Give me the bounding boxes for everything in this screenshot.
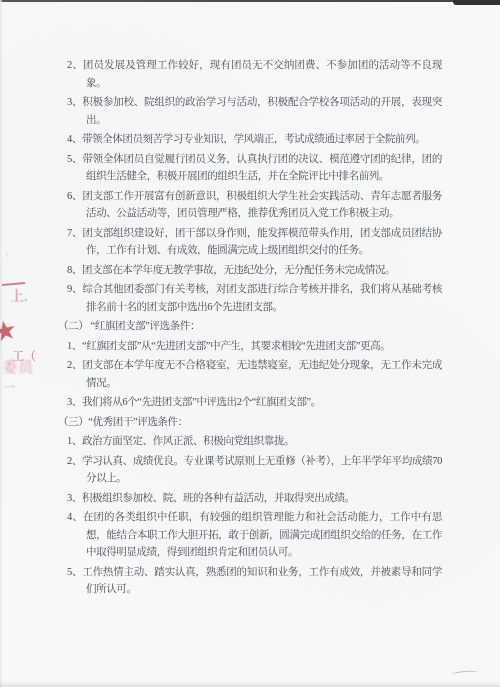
list-item: 2、团支部在本学年度无不合格寝室，无违禁寝室，无违纪处分现象，无工作未完成情况。	[67, 357, 442, 392]
item-text: 学习认真、成绩优良。专业课考试原则上无重修（补考），上年半学年平均成绩70分以上…	[82, 456, 442, 485]
item-number: 7、	[67, 228, 82, 239]
item-text: 在团的各类组织中任职，有较强的组织管理能力和社会活动能力，工作中有思想，能结合本…	[83, 512, 442, 558]
pencil-smudge	[452, 670, 478, 677]
item-text: 团支部在本学年度无教学事故，无违纪处分，无分配任务未完成情况。	[82, 265, 395, 276]
item-number: 2、	[67, 60, 83, 71]
list-item: 1、“红旗团支部”从“先进团支部”中产生，其要求相较“先进团支部”更高。	[67, 338, 442, 356]
list-item: 3、积极组织参加校、院、班的各种有益活动，并取得突出成绩。	[67, 490, 442, 508]
item-number: 5、	[67, 154, 82, 165]
item-number: 2、	[67, 360, 82, 371]
item-text: 积极组织参加校、院、班的各种有益活动，并取得突出成绩。	[82, 493, 355, 504]
item-text: 带领全体团员刻苦学习专业知识，学风端正，考试成绩通过率居于全院前列。	[82, 134, 425, 145]
list-item: 5、工作热情主动、踏实认真，熟悉团的知识和业务，工作有成效，并被素导和同学们所认…	[67, 564, 442, 599]
item-number: 1、	[67, 341, 82, 352]
item-text: 工作热情主动、踏实认真，熟悉团的知识和业务，工作有成效，并被素导和同学们所认可。	[82, 567, 442, 596]
scanned-document-page: 2、团员发展及管理工作较好，现有团员无不交纳团费、不参加团的活动等不良现象。 3…	[0, 0, 500, 687]
document-body: 2、团员发展及管理工作较好，现有团员无不交纳团费、不参加团的活动等不良现象。 3…	[0, 0, 500, 601]
list-item: 7、团支部组织建设好，团干部以身作则，能发挥模范带头作用，团支部成员团结协作，工…	[67, 225, 442, 260]
list-item: 2、学习认真、成绩优良。专业课考试原则上无重修（补考），上年半学年平均成绩70分…	[67, 453, 442, 488]
list-item: 4、带领全体团员刻苦学习专业知识，学风端正，考试成绩通过率居于全院前列。	[67, 131, 442, 149]
item-number: 3、	[67, 397, 82, 408]
section-heading: （二） “红旗团支部”评选条件：	[58, 318, 442, 336]
item-number: 4、	[67, 512, 83, 523]
item-number: 8、	[67, 265, 82, 276]
item-text: 团员发展及管理工作较好，现有团员无不交纳团费、不参加团的活动等不良现象。	[83, 60, 442, 89]
item-text: 团支部工作开展富有创新意识，积极组织大学生社会实践活动、青年志愿者服务活动、公益…	[82, 191, 442, 220]
scan-bottom-shadow	[0, 681, 500, 687]
item-text: 团支部在本学年度无不合格寝室，无违禁寝室，无违纪处分现象，无工作未完成情况。	[82, 360, 442, 389]
list-item: 3、我们将从6个“先进团支部”中评选出2个“红旗团支部”。	[67, 394, 442, 412]
section-heading: （三）“优秀团干”评选条件：	[58, 414, 442, 432]
item-text: 团支部组织建设好，团干部以身作则，能发挥模范带头作用，团支部成员团结协作，工作有…	[82, 228, 442, 257]
item-number: 3、	[67, 493, 82, 504]
item-text: 我们将从6个“先进团支部”中评选出2个“红旗团支部”。	[82, 397, 321, 408]
item-number: 9、	[67, 284, 82, 295]
list-item: 8、团支部在本学年度无教学事故，无违纪处分，无分配任务未完成情况。	[67, 262, 442, 280]
item-number: 3、	[67, 97, 82, 108]
list-item: 4、在团的各类组织中任职，有较强的组织管理能力和社会活动能力，工作中有思想，能结…	[67, 509, 442, 562]
item-text: 带领全体团员自觉履行团员义务，认真执行团的决议、模范遵守团的纪律，团的组织生活健…	[82, 154, 442, 183]
item-text: “红旗团支部”从“先进团支部”中产生，其要求相较“先进团支部”更高。	[82, 341, 390, 352]
list-item: 6、团支部工作开展富有创新意识，积极组织大学生社会实践活动、青年志愿者服务活动、…	[67, 188, 442, 223]
item-number: 5、	[67, 567, 82, 578]
item-text: 政治方面坚定、作风正派、积极向党组织靠拢。	[82, 436, 294, 447]
list-item: 2、团员发展及管理工作较好，现有团员无不交纳团费、不参加团的活动等不良现象。	[67, 57, 442, 92]
item-number: 1、	[67, 436, 82, 447]
item-text: 积极参加校、院组织的政治学习与活动，积极配合学校各项活动的开展，表现突出。	[82, 97, 442, 126]
item-number: 6、	[67, 191, 82, 202]
list-item: 5、带领全体团员自觉履行团员义务，认真执行团的决议、模范遵守团的纪律，团的组织生…	[67, 151, 442, 186]
item-number: 4、	[67, 134, 82, 145]
list-item: 1、政治方面坚定、作风正派、积极向党组织靠拢。	[67, 433, 442, 451]
list-item: 3、积极参加校、院组织的政治学习与活动，积极配合学校各项活动的开展，表现突出。	[67, 94, 442, 129]
item-text: 综合其他团委部门有关考核，对团支部进行综合考核并排名，我们将从基础考核排名前十名…	[82, 284, 442, 313]
item-number: 2、	[67, 456, 82, 467]
list-item: 9、综合其他团委部门有关考核，对团支部进行综合考核并排名，我们将从基础考核排名前…	[67, 281, 442, 316]
